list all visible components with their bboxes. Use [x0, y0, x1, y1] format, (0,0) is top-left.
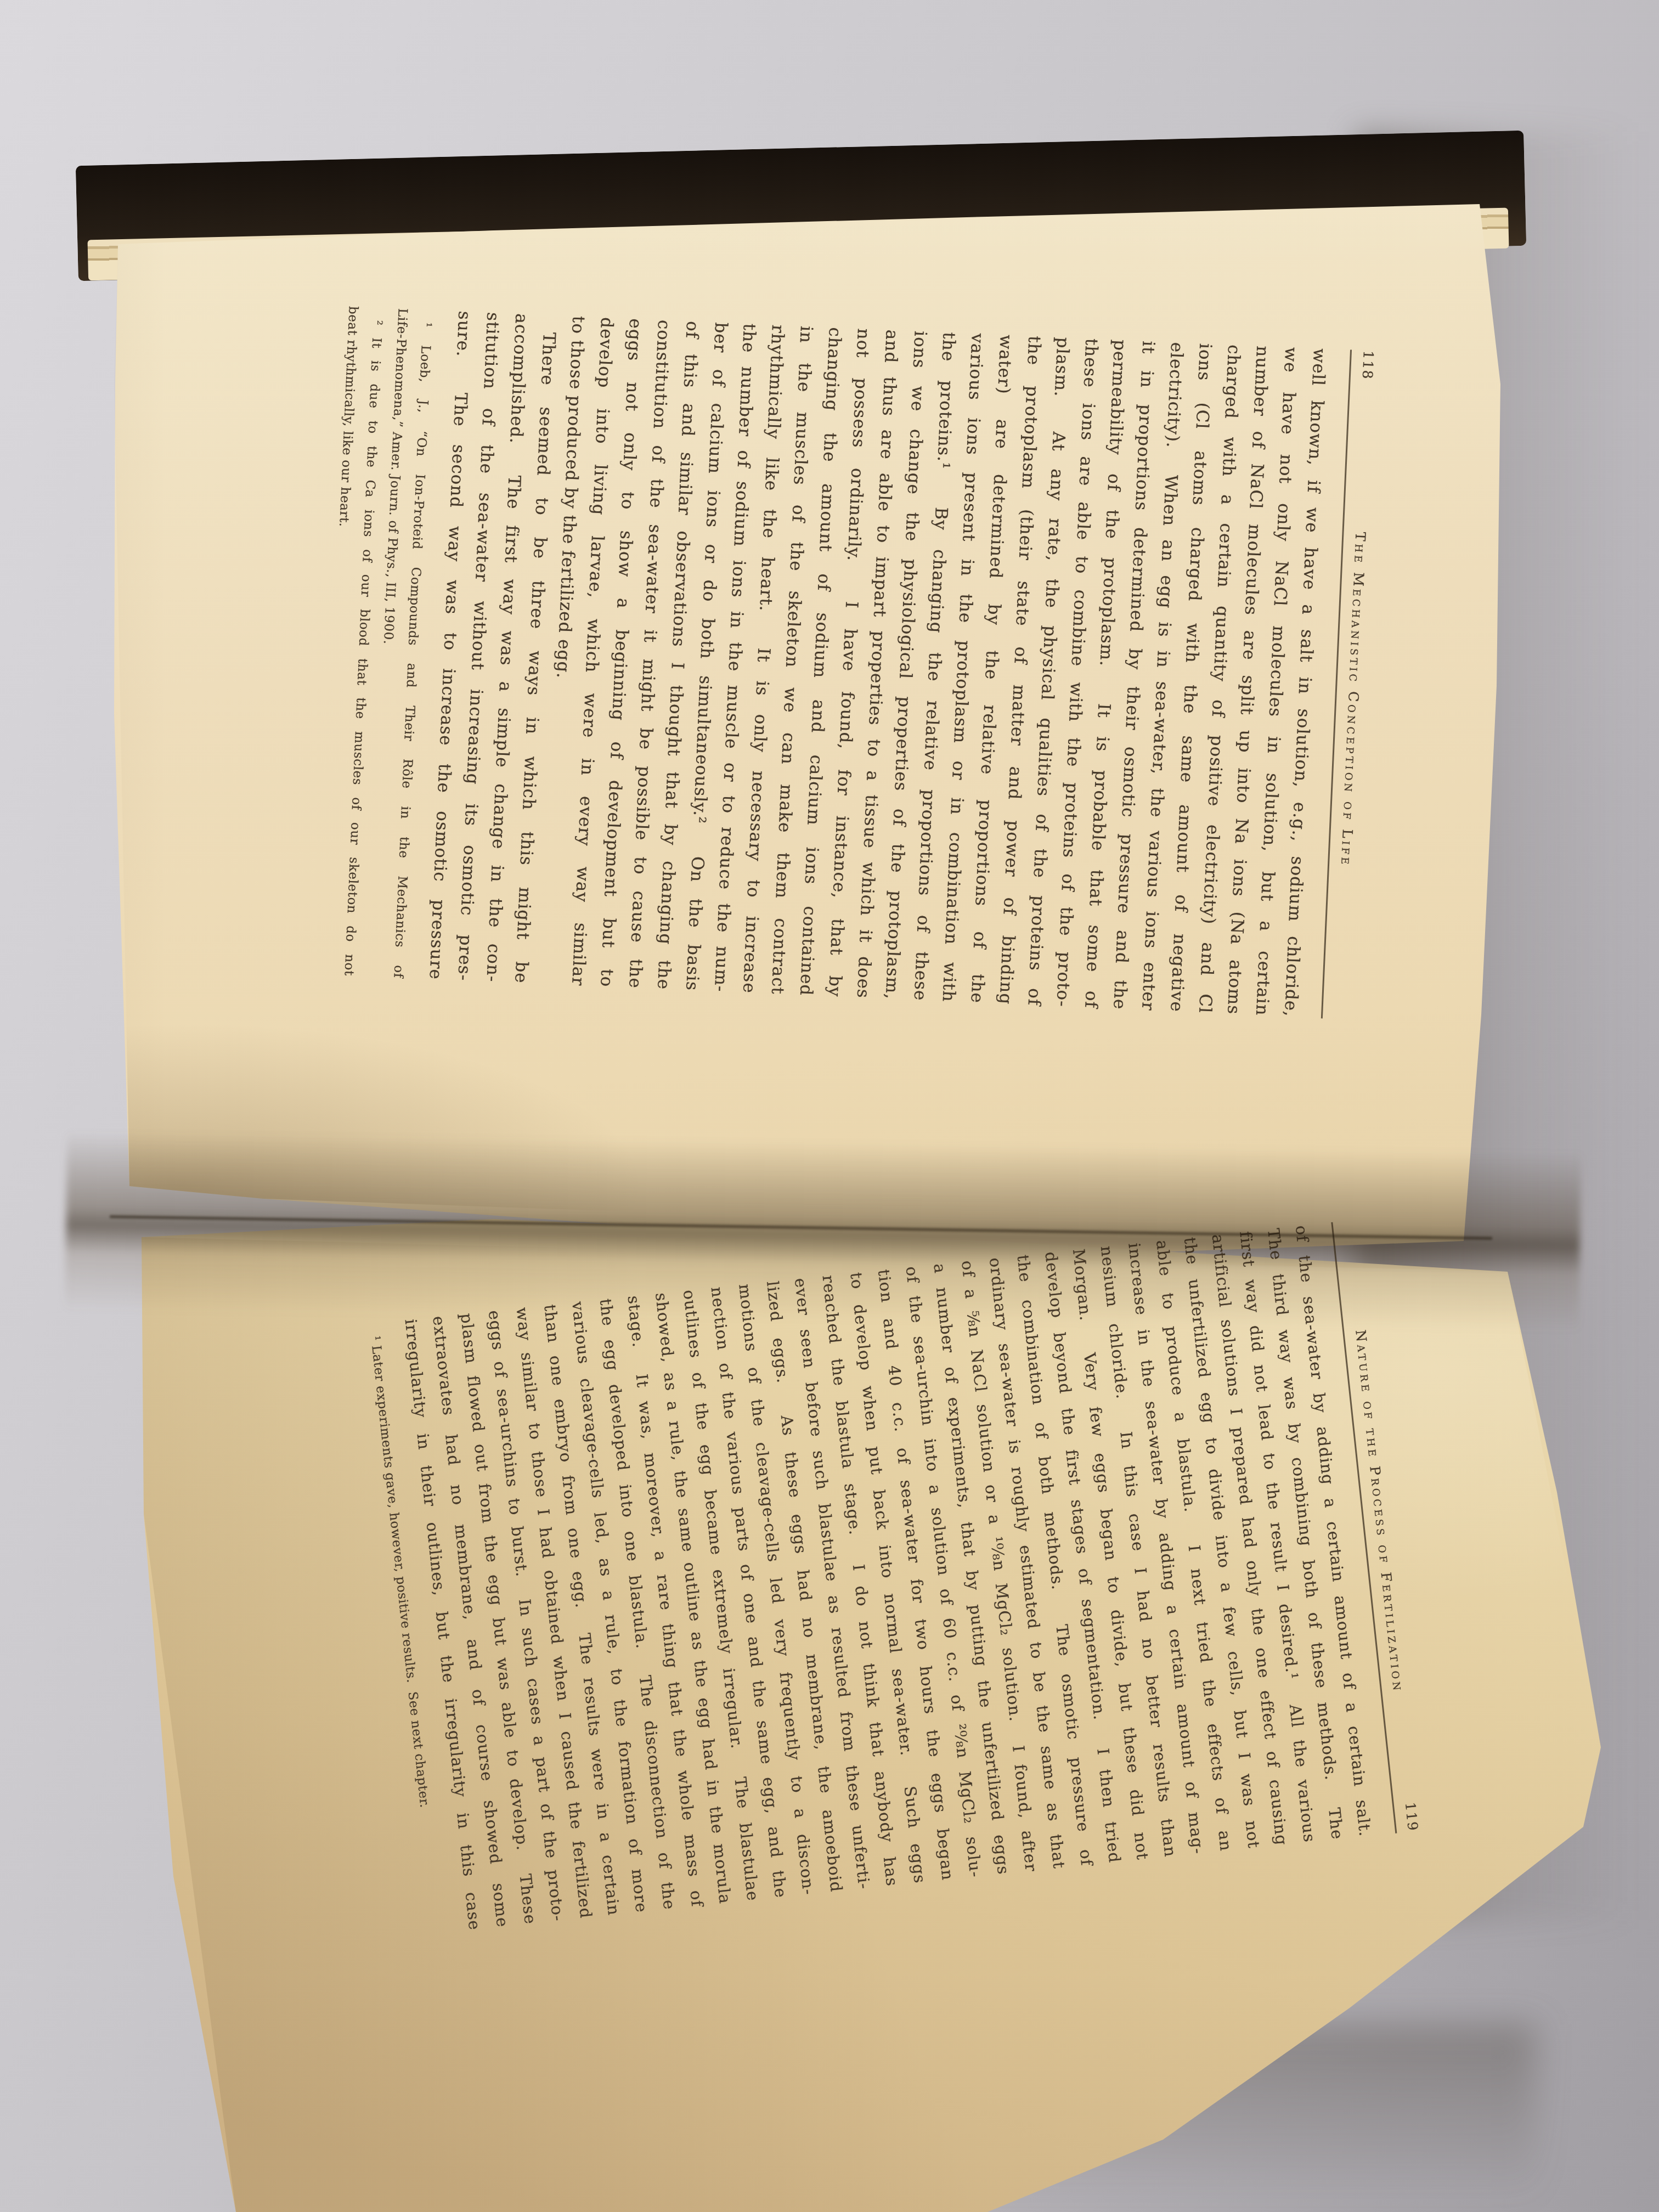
page-119-number: 119	[1396, 1801, 1427, 1833]
page-119-body: of the sea-water by adding a certain amo…	[397, 1224, 1379, 1932]
photo-open-book-spread: { "scene": { "surface_color": "#c6c4c8",…	[0, 0, 1659, 2212]
page-118-number: 118	[1353, 350, 1383, 381]
page-119-text: Nature of the Process of Fertilization 1…	[362, 1219, 1427, 1936]
page-118-body: well known, if we have a salt in solutio…	[421, 311, 1334, 1018]
page-118-text: 118 The Mechanistic Conception of Life w…	[312, 306, 1383, 1020]
